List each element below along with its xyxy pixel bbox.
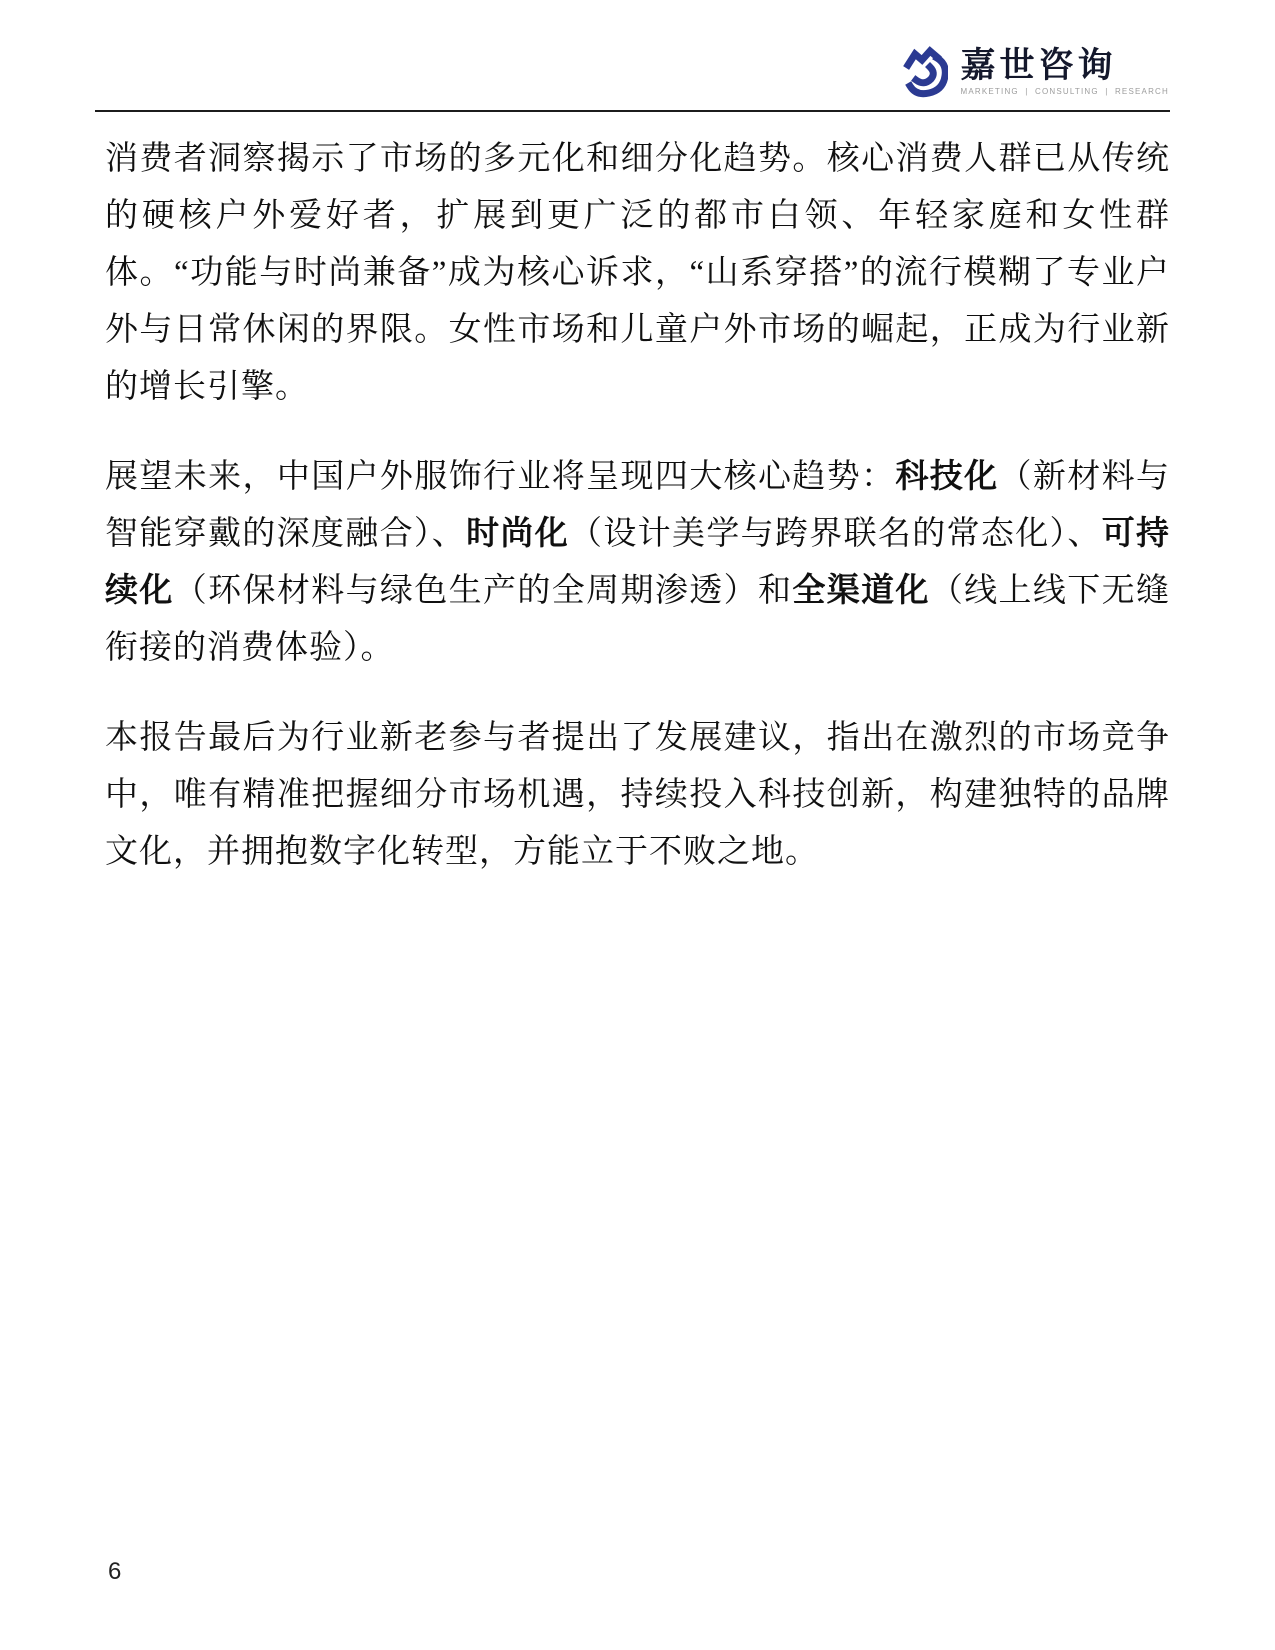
- paragraph-future-trends: 展望未来，中国户外服饰行业将呈现四大核心趋势：科技化（新材料与智能穿戴的深度融合…: [105, 449, 1170, 677]
- text-run-bold-omnichannel: 全渠道化: [792, 573, 929, 609]
- text-run: 本报告最后为行业新老参与者提出了发展建议，指出在激烈的市场竞争中，唯有精准把握细…: [105, 720, 1170, 870]
- header-divider: [95, 110, 1170, 112]
- text-run: （设计美学与跨界联名的常态化）、: [569, 516, 1102, 552]
- brand-name: 嘉世咨询: [960, 48, 1116, 83]
- paragraph-recommendations: 本报告最后为行业新老参与者提出了发展建议，指出在激烈的市场竞争中，唯有精准把握细…: [105, 710, 1170, 881]
- page-number: 6: [108, 1558, 121, 1586]
- jiashi-logo-icon: [902, 46, 948, 98]
- report-page: 嘉世咨询 MARKETING | CONSULTING | RESEARCH 消…: [0, 0, 1275, 1650]
- logo-text-block: 嘉世咨询 MARKETING | CONSULTING | RESEARCH: [960, 48, 1169, 96]
- text-run: 展望未来，中国户外服饰行业将呈现四大核心趋势：: [105, 459, 895, 495]
- document-body: 消费者洞察揭示了市场的多元化和细分化趋势。核心消费人群已从传统的硬核户外爱好者，…: [105, 131, 1170, 914]
- text-run: 消费者洞察揭示了市场的多元化和细分化趋势。核心消费人群已从传统的硬核户外爱好者，…: [105, 141, 1170, 405]
- text-run-bold-fashion: 时尚化: [466, 516, 569, 552]
- brand-tagline: MARKETING | CONSULTING | RESEARCH: [960, 87, 1169, 96]
- text-run-bold-technology: 科技化: [895, 459, 998, 495]
- paragraph-consumer-insight: 消费者洞察揭示了市场的多元化和细分化趋势。核心消费人群已从传统的硬核户外爱好者，…: [105, 131, 1170, 416]
- text-run: （环保材料与绿色生产的全周期渗透）和: [174, 573, 793, 609]
- company-logo: 嘉世咨询 MARKETING | CONSULTING | RESEARCH: [902, 46, 1169, 98]
